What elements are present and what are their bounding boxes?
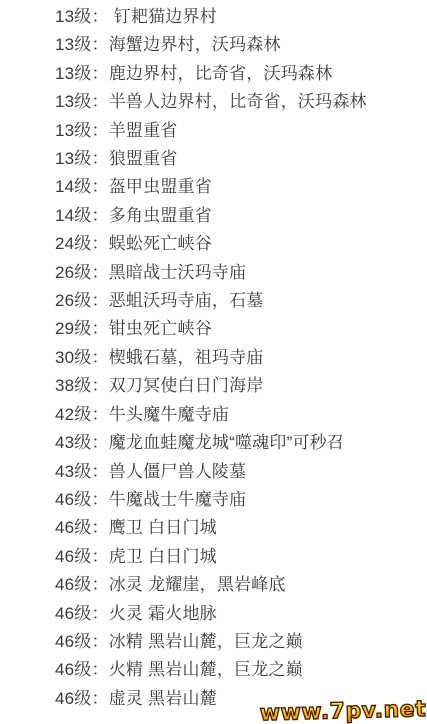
list-row: 46级：冰灵 龙耀崖，黑岩峰底 xyxy=(55,571,427,599)
list-row: 46级：冰精 黑岩山麓，巨龙之巅 xyxy=(55,628,427,656)
list-row: 46级：火精 黑岩山麓，巨龙之巅 xyxy=(55,656,427,684)
location-text: 虎卫 白日门城 xyxy=(109,547,217,566)
list-row: 29级：钳虫死亡峡谷 xyxy=(55,315,427,343)
location-text: 半兽人边界村，比奇省，沃玛森林 xyxy=(109,92,367,111)
location-text: 蜈蚣死亡峡谷 xyxy=(109,234,212,253)
location-text: 魔龙血蛙魔龙城“噬魂印”可秒召 xyxy=(109,433,344,452)
level-label: 13级： xyxy=(55,92,109,111)
level-label: 46级： xyxy=(55,575,109,594)
location-text: 火精 黑岩山麓，巨龙之巅 xyxy=(109,660,303,679)
list-row: 14级：盔甲虫盟重省 xyxy=(55,173,427,201)
level-label: 13级： xyxy=(55,7,109,26)
level-label: 14级： xyxy=(55,177,109,196)
location-text: 牛头魔牛魔寺庙 xyxy=(109,405,229,424)
level-label: 26级： xyxy=(55,291,109,310)
level-label: 43级： xyxy=(55,462,109,481)
location-text: 钉耙猫边界村 xyxy=(109,7,217,26)
location-text: 鹰卫 白日门城 xyxy=(109,518,217,537)
list-row: 46级：虎卫 白日门城 xyxy=(55,543,427,571)
level-label: 46级： xyxy=(55,689,109,708)
location-text: 牛魔战士牛魔寺庙 xyxy=(109,490,247,509)
list-row: 43级：兽人僵尸兽人陵墓 xyxy=(55,458,427,486)
list-row: 13级：羊盟重省 xyxy=(55,117,427,145)
location-text: 钳虫死亡峡谷 xyxy=(109,319,212,338)
location-text: 羊盟重省 xyxy=(109,121,178,140)
level-label: 13级： xyxy=(55,35,109,54)
location-text: 火灵 霜火地脉 xyxy=(109,604,217,623)
level-label: 13级： xyxy=(55,149,109,168)
list-row: 13级：海蟹边界村，沃玛森林 xyxy=(55,31,427,59)
location-text: 恶蛆沃玛寺庙，石墓 xyxy=(109,291,264,310)
list-row: 26级：恶蛆沃玛寺庙，石墓 xyxy=(55,287,427,315)
level-label: 26级： xyxy=(55,263,109,282)
list-row: 30级：楔蛾石墓，祖玛寺庙 xyxy=(55,344,427,372)
location-text: 双刀冥使白日门海岸 xyxy=(109,376,264,395)
list-row: 43级：魔龙血蛙魔龙城“噬魂印”可秒召 xyxy=(55,429,427,457)
level-label: 46级： xyxy=(55,547,109,566)
list-row: 24级：蜈蚣死亡峡谷 xyxy=(55,230,427,258)
watermark: www.7pv.net xyxy=(259,697,426,724)
level-label: 30级： xyxy=(55,348,109,367)
location-text: 楔蛾石墓，祖玛寺庙 xyxy=(109,348,264,367)
location-text: 冰精 黑岩山麓，巨龙之巅 xyxy=(109,632,303,651)
list-row: 14级：多角虫盟重省 xyxy=(55,202,427,230)
list-row: 13级：狼盟重省 xyxy=(55,145,427,173)
list-row: 46级：火灵 霜火地脉 xyxy=(55,600,427,628)
location-text: 海蟹边界村，沃玛森林 xyxy=(109,35,281,54)
level-label: 46级： xyxy=(55,518,109,537)
location-text: 虚灵 黑岩山麓 xyxy=(109,689,217,708)
location-text: 多角虫盟重省 xyxy=(109,206,212,225)
list-row: 26级：黑暗战士沃玛寺庙 xyxy=(55,259,427,287)
level-label: 24级： xyxy=(55,234,109,253)
level-label: 46级： xyxy=(55,604,109,623)
level-label: 13级： xyxy=(55,64,109,83)
level-label: 13级： xyxy=(55,121,109,140)
list-row: 13级：半兽人边界村，比奇省，沃玛森林 xyxy=(55,88,427,116)
location-text: 盔甲虫盟重省 xyxy=(109,177,212,196)
location-text: 黑暗战士沃玛寺庙 xyxy=(109,263,247,282)
list-row: 13级：鹿边界村，比奇省，沃玛森林 xyxy=(55,60,427,88)
level-label: 14级： xyxy=(55,206,109,225)
location-text: 鹿边界村，比奇省，沃玛森林 xyxy=(109,64,333,83)
list-row: 42级：牛头魔牛魔寺庙 xyxy=(55,401,427,429)
list-row: 46级：牛魔战士牛魔寺庙 xyxy=(55,486,427,514)
guide-list: 13级： 钉耙猫边界村 13级：海蟹边界村，沃玛森林 13级：鹿边界村，比奇省，… xyxy=(55,3,427,713)
level-label: 38级： xyxy=(55,376,109,395)
level-label: 46级： xyxy=(55,490,109,509)
list-row: 13级： 钉耙猫边界村 xyxy=(55,3,427,31)
level-label: 46级： xyxy=(55,632,109,651)
list-row: 46级：鹰卫 白日门城 xyxy=(55,514,427,542)
location-text: 兽人僵尸兽人陵墓 xyxy=(109,462,247,481)
level-label: 46级： xyxy=(55,660,109,679)
location-text: 狼盟重省 xyxy=(109,149,178,168)
list-row: 38级：双刀冥使白日门海岸 xyxy=(55,372,427,400)
level-label: 29级： xyxy=(55,319,109,338)
location-text: 冰灵 龙耀崖，黑岩峰底 xyxy=(109,575,286,594)
level-label: 42级： xyxy=(55,405,109,424)
level-label: 43级： xyxy=(55,433,109,452)
